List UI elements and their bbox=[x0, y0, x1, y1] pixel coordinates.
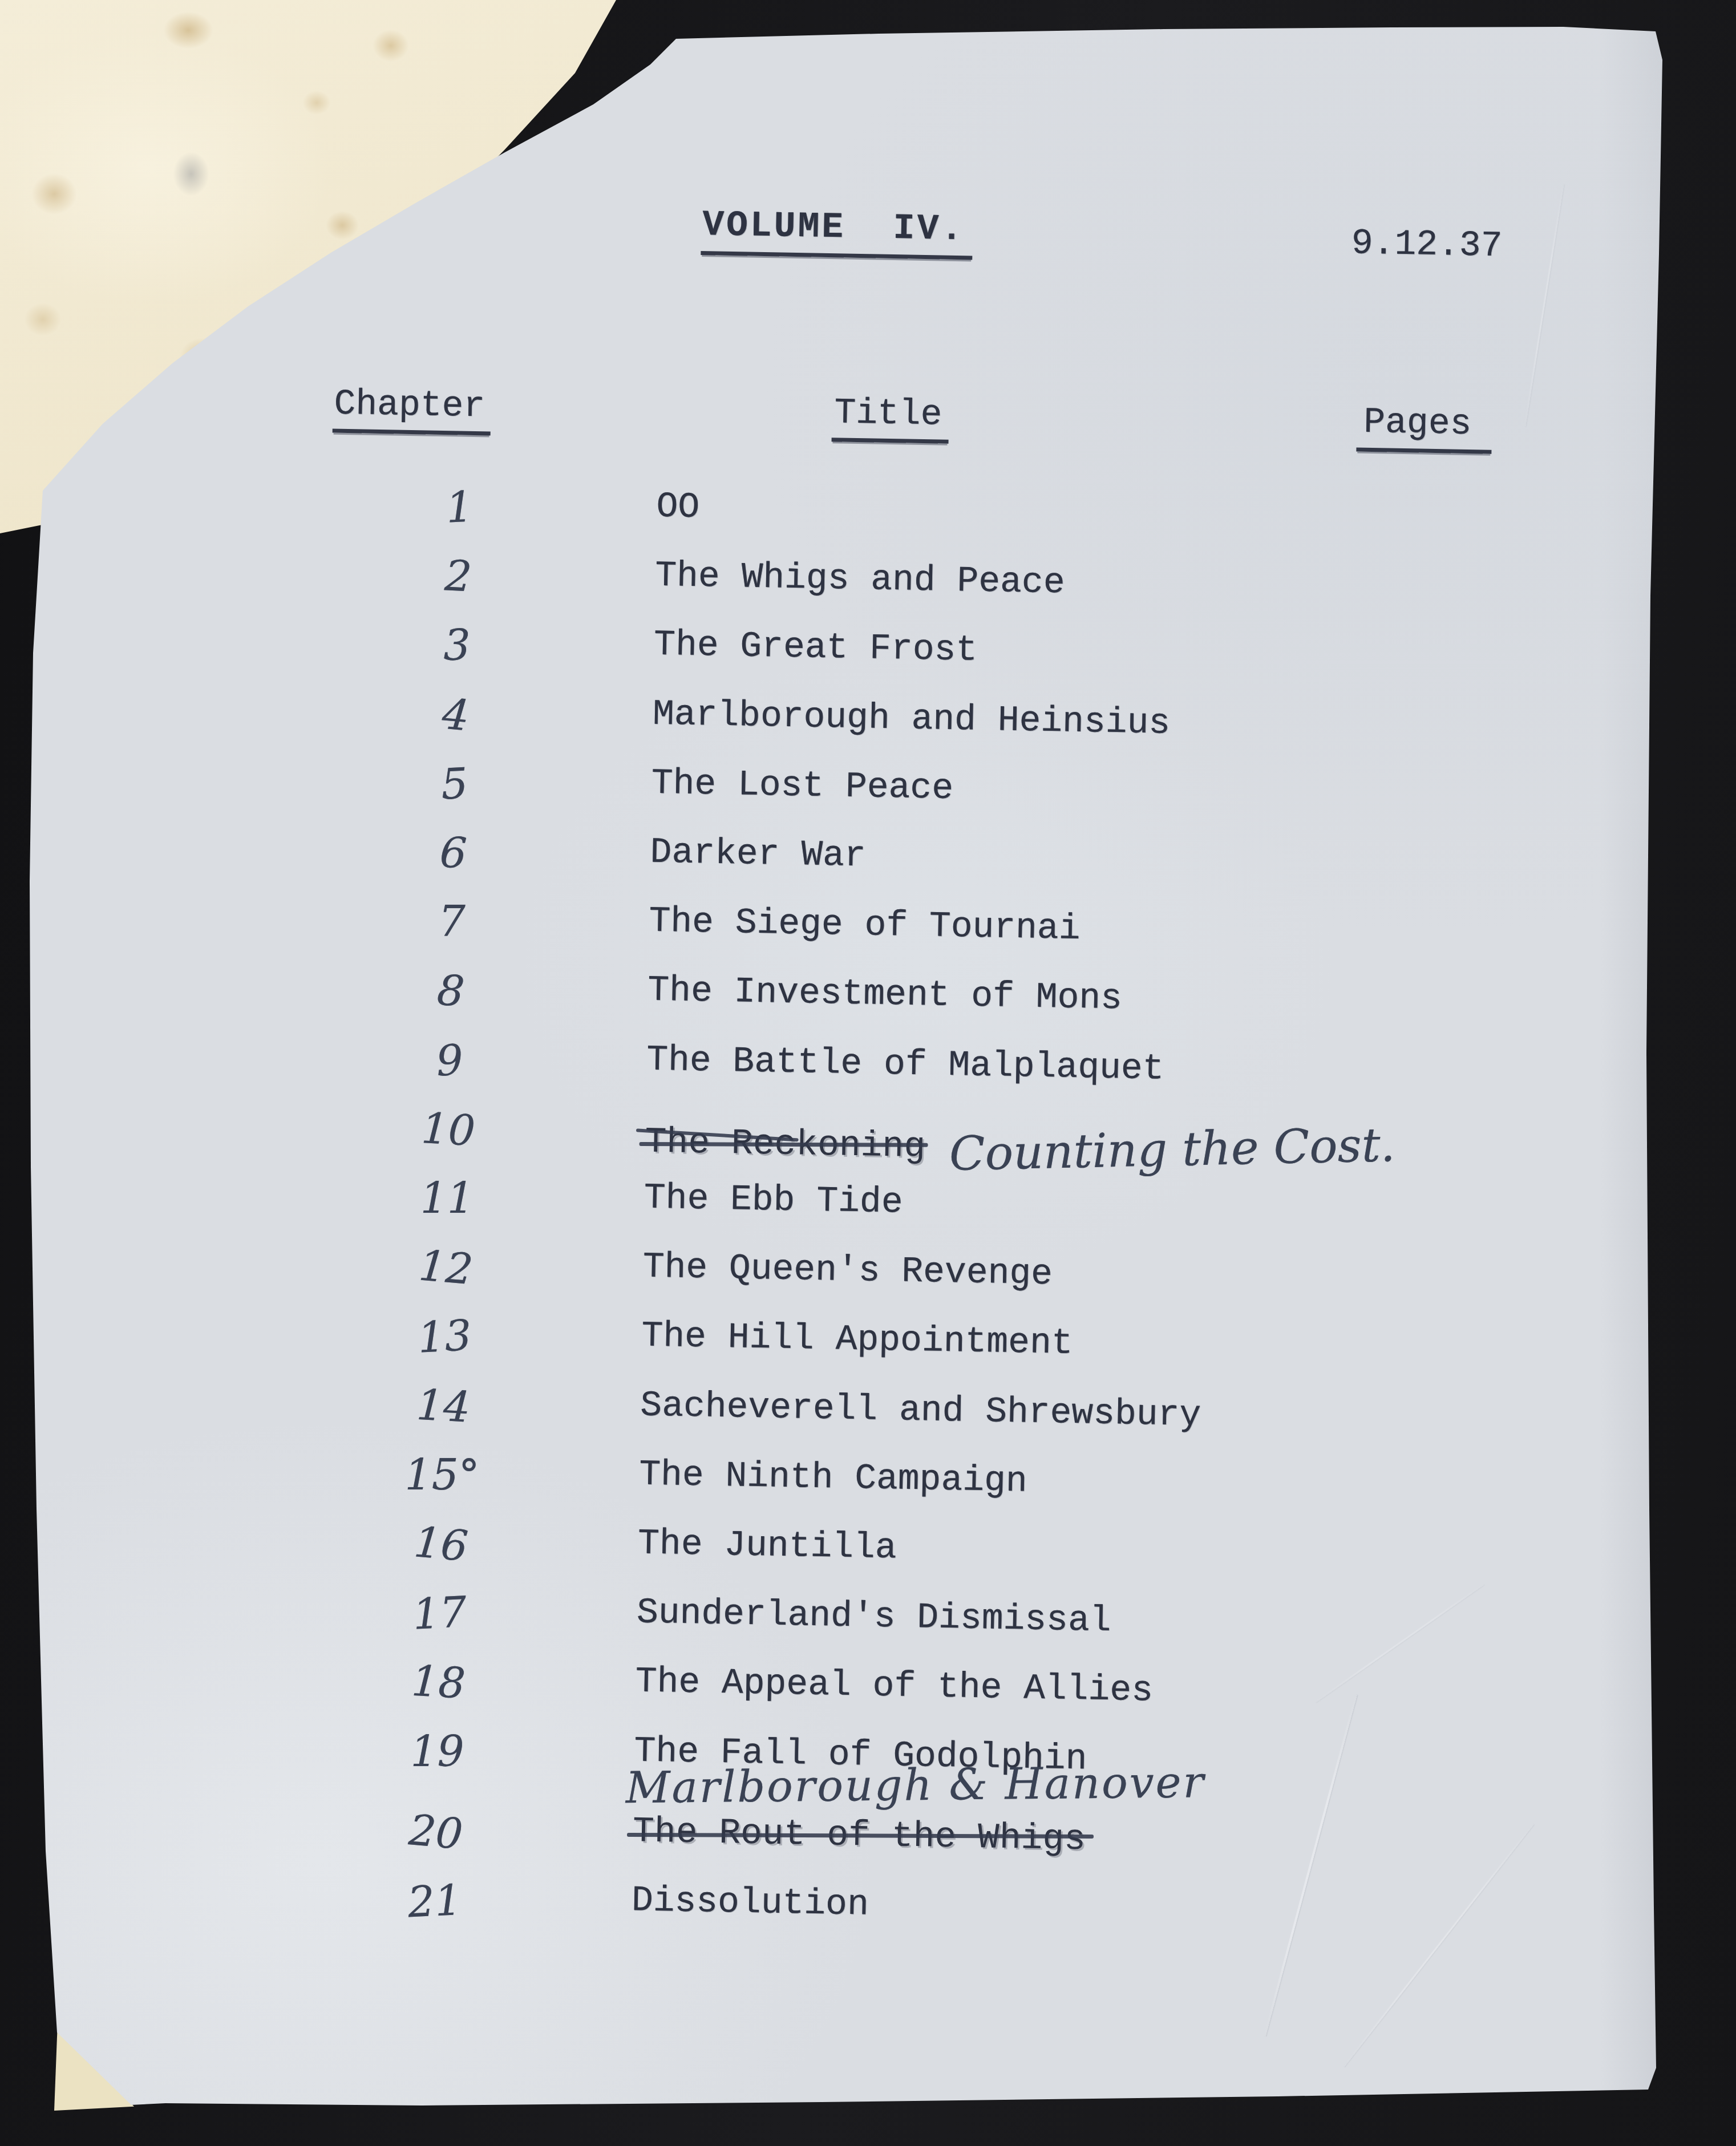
foxing-spot bbox=[17, 297, 68, 342]
chapter-title-text: The Lost Peace bbox=[651, 763, 953, 808]
chapter-rows: 1OO2The Whigs and Peace3The Great Frost4… bbox=[18, 475, 1661, 504]
chapter-title-text: The Rout of the Whigs bbox=[632, 1811, 1086, 1860]
chapter-title-text: OO bbox=[656, 487, 700, 528]
chapter-number: 5 bbox=[405, 757, 504, 811]
chapter-title-text: The Ninth Campaign bbox=[639, 1454, 1028, 1501]
chapter-title-text: The Reckoning bbox=[645, 1121, 926, 1167]
chapter-title: The Ninth Campaign bbox=[639, 1454, 1028, 1501]
strike-line bbox=[627, 1833, 1094, 1839]
chapter-title-text: The Juntilla bbox=[637, 1523, 897, 1568]
chapter-title-text: The Appeal of the Allies bbox=[635, 1662, 1153, 1711]
chapter-title-text: The Battle of Malplaquet bbox=[646, 1039, 1164, 1089]
chapter-title-text: Darker War bbox=[650, 832, 866, 877]
pencil-smudge bbox=[165, 143, 217, 205]
chapter-number: 15° bbox=[394, 1451, 491, 1500]
chapter-title: The Ebb Tide bbox=[644, 1178, 903, 1223]
chapter-number: 19 bbox=[389, 1727, 486, 1776]
strike-line bbox=[640, 1142, 928, 1147]
chapter-title-text: The Hill Appointment bbox=[641, 1316, 1073, 1364]
document-paper: VOLUME IV. 9.12.37 Chapter Title Pages 1… bbox=[23, 26, 1666, 2108]
handwritten-annotation: Marlborough & Hanover bbox=[625, 1756, 1205, 1813]
chapter-title: OO bbox=[656, 487, 700, 528]
chapter-title: Marlborough and Heinsius bbox=[652, 694, 1170, 743]
photo-scene: VOLUME IV. 9.12.37 Chapter Title Pages 1… bbox=[0, 0, 1736, 2146]
chapter-title: The Great Frost bbox=[653, 625, 977, 671]
chapter-title: The Siege of Tournai bbox=[649, 901, 1081, 949]
foxing-spot bbox=[154, 5, 222, 56]
chapter-title: Sunderland's Dismissal bbox=[636, 1593, 1111, 1642]
chapter-number: 6 bbox=[403, 826, 503, 880]
chapter-title-text: The Siege of Tournai bbox=[649, 901, 1081, 949]
foxing-spot bbox=[23, 165, 86, 222]
chapter-number: 18 bbox=[389, 1655, 488, 1710]
chapter-title: The Hill Appointment bbox=[641, 1316, 1073, 1364]
chapter-number: 14 bbox=[394, 1379, 493, 1434]
chapter-number: 10 bbox=[399, 1103, 498, 1157]
chapter-number: 11 bbox=[399, 1174, 496, 1223]
chapter-number: 4 bbox=[405, 686, 506, 744]
document-content: VOLUME IV. 9.12.37 Chapter Title Pages 1… bbox=[0, 22, 1669, 2133]
date-stamp: 9.12.37 bbox=[1351, 223, 1503, 266]
chapter-title-text: The Queen's Revenge bbox=[642, 1247, 1053, 1295]
chapter-title-text: The Investment of Mons bbox=[648, 970, 1123, 1019]
strike-line bbox=[636, 1129, 799, 1142]
chapter-title: The Juntilla bbox=[637, 1523, 897, 1568]
chapter-title-text: Dissolution bbox=[631, 1880, 869, 1925]
column-header-pages: Pages bbox=[1356, 402, 1492, 454]
chapter-number: 20 bbox=[386, 1804, 487, 1861]
chapter-title-text: Marlborough and Heinsius bbox=[652, 694, 1170, 743]
chapter-number: 8 bbox=[400, 963, 501, 1021]
chapter-title-text: The Ebb Tide bbox=[644, 1178, 903, 1223]
chapter-title-text: Sunderland's Dismissal bbox=[636, 1593, 1111, 1642]
chapter-title: The Whigs and Peace bbox=[655, 556, 1065, 604]
chapter-title-text: The Great Frost bbox=[653, 625, 977, 671]
page-title: VOLUME IV. bbox=[701, 205, 973, 260]
chapter-number: 17 bbox=[390, 1586, 489, 1641]
chapter-title: Darker War bbox=[650, 832, 866, 877]
chapter-number: 2 bbox=[408, 549, 508, 604]
chapter-number: 3 bbox=[408, 621, 505, 670]
foxing-spot bbox=[365, 23, 416, 68]
chapter-number: 9 bbox=[400, 1034, 499, 1088]
chapter-number: 1 bbox=[410, 480, 509, 535]
chapter-title: The Appeal of the Allies bbox=[635, 1662, 1153, 1711]
chapter-title: The Queen's Revenge bbox=[642, 1247, 1053, 1295]
chapter-title: The Investment of Mons bbox=[648, 970, 1123, 1019]
chapter-number: 21 bbox=[385, 1874, 484, 1929]
chapter-number: 12 bbox=[395, 1239, 496, 1297]
handwritten-annotation: Counting the Cost. bbox=[949, 1118, 1396, 1181]
foxing-spot bbox=[297, 86, 337, 120]
chapter-title: Dissolution bbox=[631, 1880, 869, 1925]
chapter-title: The Lost Peace bbox=[651, 763, 953, 808]
chapter-title-text: The Whigs and Peace bbox=[655, 556, 1065, 604]
chapter-title: The Battle of Malplaquet bbox=[646, 1039, 1164, 1089]
chapter-number: 16 bbox=[391, 1516, 492, 1573]
column-header-chapter: Chapter bbox=[333, 384, 491, 436]
chapter-number: 7 bbox=[403, 898, 500, 947]
chapter-number: 13 bbox=[395, 1310, 494, 1364]
chapter-title: The Rout of the WhigsMarlborough & Hanov… bbox=[632, 1811, 1086, 1860]
column-header-title: Title bbox=[832, 392, 950, 444]
